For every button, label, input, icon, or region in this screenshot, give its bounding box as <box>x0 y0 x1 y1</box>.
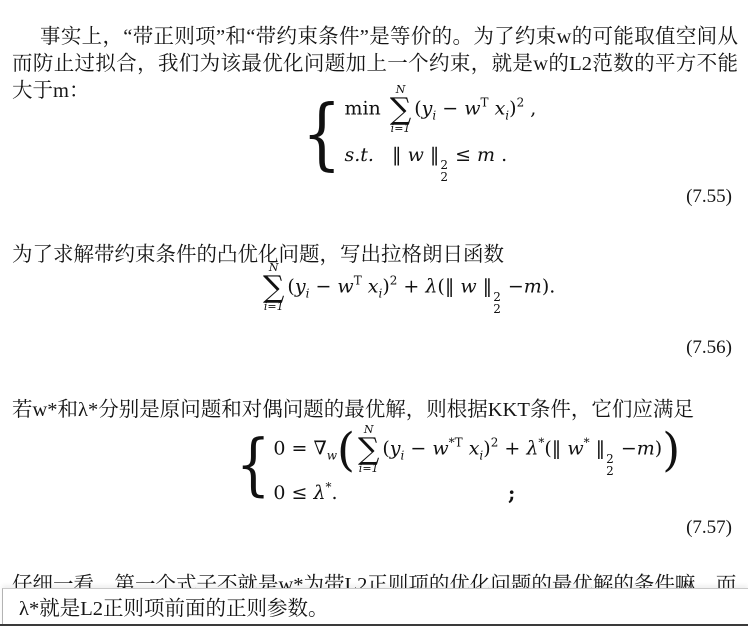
equation-7-55: { min N∑i=1(yi − wT xi)2 ,s.t. ‖ w ‖22 ≤… <box>302 84 536 183</box>
norm-sub-sup: 22 <box>493 291 501 315</box>
norm-sub-sup: 22 <box>606 453 614 477</box>
math-token: i=1 <box>391 123 411 135</box>
math-token: w <box>460 276 476 298</box>
math-token: + <box>498 438 526 460</box>
left-brace: { <box>302 95 341 173</box>
math-token: ∑ <box>390 96 411 123</box>
math-token: + <box>397 276 425 298</box>
math-token: (‖ <box>437 276 460 298</box>
math-token: 2 <box>493 303 501 315</box>
highlight-box: λ*就是L2正则项前面的正则参数。 <box>2 588 748 624</box>
math-token: m <box>524 276 542 298</box>
math-token: w <box>432 438 448 460</box>
equation-number-7-55: (7.55) <box>686 186 732 208</box>
math-token: λ <box>425 276 437 298</box>
equation-rows: 0 = ∇w(N∑i=1(yi − w*T xi)2 + λ*(‖ w* ‖22… <box>273 424 680 505</box>
math-token: w <box>567 438 583 460</box>
equation-number-7-56: (7.56) <box>686 337 732 359</box>
formula-row: 0 ≤ λ*. <box>273 480 680 506</box>
math-token: ∑ <box>263 274 284 301</box>
paragraph-conclusion-line2: λ*就是L2正则项前面的正则参数。 <box>19 596 748 623</box>
math-token: *T <box>449 436 463 450</box>
math-token: 2 <box>606 453 614 465</box>
math-token: , <box>524 98 536 120</box>
math-token: x <box>469 438 480 460</box>
math-token: 2 <box>440 171 448 183</box>
norm-sub-sup: 22 <box>440 159 448 183</box>
math-token: ) <box>662 423 680 477</box>
left-brace: { <box>236 431 270 499</box>
math-token: 2 <box>493 291 501 303</box>
math-token: w <box>327 449 337 463</box>
formula-row: min N∑i=1(yi − wT xi)2 , <box>344 84 536 135</box>
formula-row: s.t. ‖ w ‖22 ≤ m . <box>344 144 536 183</box>
math-token: w <box>337 276 353 298</box>
equation-number-7-57: (7.57) <box>686 517 732 539</box>
math-token: − <box>502 276 524 298</box>
math-token: ). <box>542 276 555 298</box>
math-token: λ <box>313 482 325 504</box>
math-token: ) <box>382 276 389 298</box>
math-token: w <box>464 98 480 120</box>
math-token: ( <box>382 438 389 460</box>
math-token: − <box>436 98 464 120</box>
math-token: m <box>637 438 655 460</box>
equation-rows: min N∑i=1(yi − wT xi)2 ,s.t. ‖ w ‖22 ≤ m… <box>344 84 536 183</box>
math-token: ( <box>287 276 294 298</box>
paragraph-kkt-intro: 若w*和λ*分别是原问题和对偶问题的最优解，则根据KKT条件，它们应满足 <box>12 397 738 424</box>
math-token: 0 ≤ <box>273 482 313 504</box>
math-token: T <box>481 96 489 110</box>
math-token: ‖ <box>424 144 440 166</box>
math-token: . <box>332 482 338 504</box>
math-token: y <box>390 438 401 460</box>
math-token: 2 <box>606 465 614 477</box>
math-token: s.t. <box>344 144 373 166</box>
summation-symbol: N∑i=1 <box>263 262 284 313</box>
math-token: ( <box>414 98 421 120</box>
math-token: i=1 <box>264 301 284 313</box>
math-token: T <box>354 274 362 288</box>
math-token: − <box>615 438 637 460</box>
math-token: min <box>344 98 386 120</box>
equation-7-57: { 0 = ∇w(N∑i=1(yi − w*T xi)2 + λ*(‖ w* ‖… <box>236 424 680 505</box>
math-token: ‖ <box>477 276 493 298</box>
math-token: ‖ <box>374 144 408 166</box>
math-token: ∑ <box>358 436 379 463</box>
formula-row: 0 = ∇w(N∑i=1(yi − w*T xi)2 + λ*(‖ w* ‖22… <box>273 424 680 477</box>
math-token: − <box>404 438 432 460</box>
math-token: λ <box>526 438 538 460</box>
math-token: x <box>368 276 379 298</box>
math-token: m <box>477 144 495 166</box>
equation-rows: N∑i=1(yi − wT xi)2 + λ(‖ w ‖22 −m). <box>260 262 555 315</box>
formula-row: N∑i=1(yi − wT xi)2 + λ(‖ w ‖22 −m). <box>260 262 555 315</box>
summation-symbol: N∑i=1 <box>358 424 379 475</box>
equation-trailing-semicolon: ; <box>508 481 515 505</box>
math-token: ‖ <box>590 438 606 460</box>
math-token: (‖ <box>544 438 567 460</box>
summation-symbol: N∑i=1 <box>390 84 411 135</box>
math-token: ( <box>337 423 355 477</box>
math-token: . <box>495 144 507 166</box>
math-token: i=1 <box>359 463 379 475</box>
math-token: x <box>495 98 506 120</box>
math-token: w <box>408 144 424 166</box>
math-token: 0 = ∇ <box>273 438 326 460</box>
math-token: ≤ <box>449 144 477 166</box>
equation-7-56: N∑i=1(yi − wT xi)2 + λ(‖ w ‖22 −m). <box>260 262 555 315</box>
math-token: y <box>422 98 433 120</box>
math-token: ) <box>509 98 516 120</box>
document-page: 事实上，“带正则项”和“带约束条件”是等价的。为了约束w的可能取值空间从而防止过… <box>0 0 748 626</box>
math-token: y <box>295 276 306 298</box>
math-token: − <box>309 276 337 298</box>
math-token: ) <box>483 438 490 460</box>
